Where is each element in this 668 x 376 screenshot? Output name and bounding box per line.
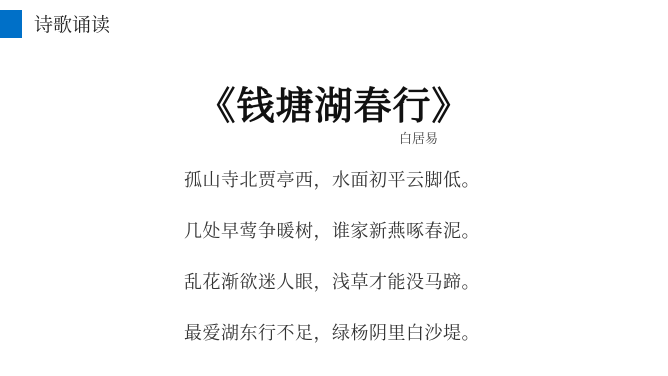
poem-line: 孤山寺北贾亭西，水面初平云脚低。 [184, 172, 480, 190]
accent-block [0, 10, 22, 38]
poem-line: 乱花渐欲迷人眼，浅草才能没马蹄。 [184, 274, 480, 292]
poem-line: 最爱湖东行不足，绿杨阴里白沙堤。 [184, 325, 480, 343]
poem-title: 《钱塘湖春行》 [0, 82, 668, 130]
poem-author: 白居易 [399, 131, 438, 149]
poem-line: 几处早莺争暖树，谁家新燕啄春泥。 [184, 223, 480, 241]
section-title: 诗歌诵读 [34, 12, 110, 38]
poem-body: 孤山寺北贾亭西，水面初平云脚低。 几处早莺争暖树，谁家新燕啄春泥。 乱花渐欲迷人… [184, 172, 480, 376]
